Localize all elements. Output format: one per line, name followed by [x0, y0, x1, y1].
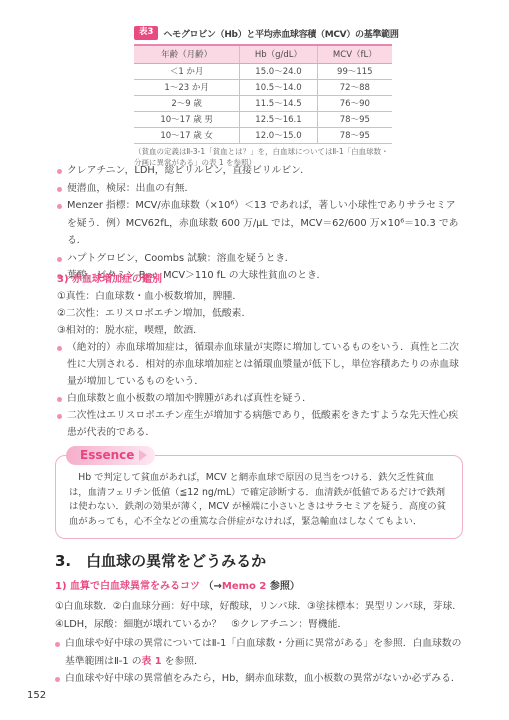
page-number: 152 — [27, 690, 46, 701]
bullet-icon — [57, 257, 62, 262]
document-page: 表3 ヘモグロビン（Hb）と平均赤血球容積（MCV）の基準範囲 年齢（月齢） H… — [0, 0, 509, 720]
table-cell: 99～115 — [317, 64, 392, 80]
table-cell: 1～23 か月 — [134, 80, 240, 96]
subsection-heading-text: 1) 血算で白血球異常をみるコツ — [55, 581, 200, 592]
essence-label-text: Essence — [80, 447, 134, 463]
memo-reference: Memo 2 — [222, 581, 266, 592]
table-row: 2～9 歳 11.5～14.5 76～90 — [134, 96, 392, 112]
list-item: 白血球や好中球の異常についてはⅡ-1「白血球数・分画に異常がある」を参照．白血球… — [55, 635, 465, 670]
ribbon-fold-icon — [139, 450, 147, 461]
table-header-row: 年齢（月齢） Hb（g/dL） MCV（fL） — [134, 45, 392, 64]
bullet-icon — [57, 397, 62, 402]
list-item: ハプトグロビン，Coombs 試験：溶血を疑うとき． — [57, 250, 464, 268]
chapter-wbc: 3. 白血球の異常をどうみるか 1) 血算で白血球異常をみるコツ （→Memo … — [55, 550, 465, 688]
essence-label: Essence — [66, 446, 155, 465]
list-item-text: Menzer 指標：MCV/赤血球数（×10⁶）＜13 であれば，著しい小球性で… — [67, 197, 464, 250]
essence-box: Essence Hb で判定して貧血があれば，MCV と網赤血球で原因の見当をつ… — [55, 455, 463, 539]
subsection-heading: 1) 血算で白血球異常をみるコツ （→Memo 2 参照） — [55, 580, 465, 594]
list-item-text: 白血球や好中球の異常についてはⅡ-1「白血球数・分画に異常がある」を参照．白血球… — [65, 635, 465, 670]
bullet-icon — [57, 414, 62, 419]
chapter-paragraph: ①白血球数．②白血球分画：好中球，好酸球，リンパ球．③塗抹標本：異型リンパ球，芽… — [55, 598, 465, 633]
list-item-text: 便潜血，検尿：出血の有無． — [67, 180, 194, 198]
list-item-text: 二次性はエリスロポエチン産生が増加する病態であり，低酸素をきたすような先天性心疾… — [67, 407, 464, 441]
bullet-icon — [57, 187, 62, 192]
table-cell: 72～88 — [317, 80, 392, 96]
list-item: 便潜血，検尿：出血の有無． — [57, 180, 464, 198]
list-item-text: 白血球や好中球の異常値をみたら，Hb，網赤血球数，血小板数の異常がないか必ずみる… — [65, 670, 461, 688]
list-item: 白血球や好中球の異常値をみたら，Hb，網赤血球数，血小板数の異常がないか必ずみる… — [55, 670, 465, 688]
numbered-line: ①真性：白血球数・血小板数増加，脾腫． — [57, 288, 464, 305]
table-cell: ＜1 か月 — [134, 64, 240, 80]
bullet-icon — [55, 677, 60, 682]
column-header-hb: Hb（g/dL） — [240, 45, 317, 64]
numbered-line: ②二次性：エリスロポエチン増加，低酸素． — [57, 305, 464, 322]
table-cell: 10～17 歳 男 — [134, 112, 240, 128]
list-item-text: （絶対的）赤血球増加症は，循環赤血球量が実際に増加しているものをいう．真性と二次… — [67, 339, 464, 390]
table-cell: 2～9 歳 — [134, 96, 240, 112]
table1-reference: 表 1 — [142, 656, 162, 667]
reference-table-block: 表3 ヘモグロビン（Hb）と平均赤血球容積（MCV）の基準範囲 年齢（月齢） H… — [134, 26, 392, 168]
paren-close: 参照） — [266, 581, 299, 592]
column-header-age: 年齢（月齢） — [134, 45, 240, 64]
table-cell: 78～95 — [317, 128, 392, 144]
bullet-icon — [57, 204, 62, 209]
bullet-text-post: を参照． — [162, 656, 204, 667]
table-row: 10～17 歳 女 12.0～15.0 78～95 — [134, 128, 392, 144]
bullet-text-pre: 白血球や好中球の異常についてはⅡ-1「白血球数・分画に異常がある」を参照．白血球… — [65, 638, 461, 667]
bullet-icon — [57, 346, 62, 351]
list-item: （絶対的）赤血球増加症は，循環赤血球量が実際に増加しているものをいう．真性と二次… — [57, 339, 464, 390]
essence-text: Hb で判定して貧血があれば，MCV と網赤血球で原因の見当をつける．鉄欠乏性貧… — [69, 471, 449, 529]
list-item-text: 白血球数と血小板数の増加や脾腫があれば真性を疑う． — [67, 390, 312, 407]
list-item-text: クレアチニン，LDH，総ビリルビン，直接ビリルビン． — [67, 162, 310, 180]
bullet-icon — [57, 169, 62, 174]
table-number-badge: 表3 — [134, 26, 158, 40]
chapter-heading: 3. 白血球の異常をどうみるか — [55, 550, 465, 571]
table-cell: 10.5～14.0 — [240, 80, 317, 96]
table-cell: 12.0～15.0 — [240, 128, 317, 144]
list-item: 二次性はエリスロポエチン産生が増加する病態であり，低酸素をきたすような先天性心疾… — [57, 407, 464, 441]
lab-test-bullet-list: クレアチニン，LDH，総ビリルビン，直接ビリルビン． 便潜血，検尿：出血の有無．… — [57, 162, 464, 285]
table-cell: 78～95 — [317, 112, 392, 128]
table-row: 1～23 か月 10.5～14.0 72～88 — [134, 80, 392, 96]
table-title: ヘモグロビン（Hb）と平均赤血球容積（MCV）の基準範囲 — [163, 27, 398, 40]
table-caption: 表3 ヘモグロビン（Hb）と平均赤血球容積（MCV）の基準範囲 — [134, 26, 392, 40]
numbered-line: ③相対的：脱水症，喫煙，飲酒． — [57, 322, 464, 339]
bullet-icon — [55, 642, 60, 647]
table-cell: 76～90 — [317, 96, 392, 112]
table-row: ＜1 か月 15.0～24.0 99～115 — [134, 64, 392, 80]
list-item-text: ハプトグロビン，Coombs 試験：溶血を疑うとき． — [67, 250, 295, 268]
table-cell: 10～17 歳 女 — [134, 128, 240, 144]
table-cell: 12.5～16.1 — [240, 112, 317, 128]
section-heading: 3) 赤血球増加症の鑑別 — [57, 271, 464, 288]
list-item: Menzer 指標：MCV/赤血球数（×10⁶）＜13 であれば，著しい小球性で… — [57, 197, 464, 250]
column-header-mcv: MCV（fL） — [317, 45, 392, 64]
list-item: クレアチニン，LDH，総ビリルビン，直接ビリルビン． — [57, 162, 464, 180]
table-cell: 15.0～24.0 — [240, 64, 317, 80]
table-cell: 11.5～14.5 — [240, 96, 317, 112]
list-item: 白血球数と血小板数の増加や脾腫があれば真性を疑う． — [57, 390, 464, 407]
paren-open: （→ — [204, 581, 222, 592]
reference-table: 年齢（月齢） Hb（g/dL） MCV（fL） ＜1 か月 15.0～24.0 … — [134, 44, 392, 144]
table-row: 10～17 歳 男 12.5～16.1 78～95 — [134, 112, 392, 128]
section-erythrocytosis: 3) 赤血球増加症の鑑別 ①真性：白血球数・血小板数増加，脾腫． ②二次性：エリ… — [57, 271, 464, 441]
